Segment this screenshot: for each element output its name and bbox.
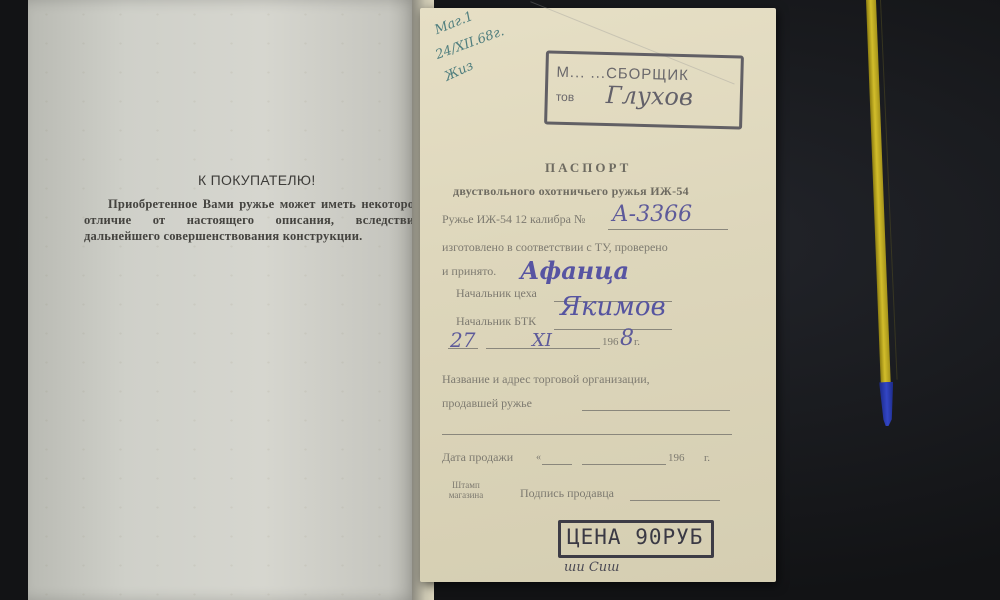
date-month: XI [532, 330, 552, 351]
sale-date-label: Дата продажи [442, 450, 513, 465]
sale-date-quote: « [536, 452, 541, 463]
passport-subtitle: двуствольного охотничьего ружья ИЖ-54 [453, 184, 689, 199]
stamp-text-line2: тов [556, 90, 575, 104]
gun-line-label: Ружье ИЖ-54 12 калибра № [442, 212, 585, 227]
manufactured-line1: изготовлено в соответствии с ТУ, провере… [442, 240, 668, 255]
sale-date-unit: г. [704, 452, 710, 464]
serial-underline [608, 229, 728, 230]
right-page-passport: Маг.1 24/XII.68г. Жиз М... ...СБОРЩИК то… [420, 8, 776, 582]
org-label-line1: Название и адрес торговой организации, [442, 372, 650, 387]
date-year-suffix: 8 [620, 326, 634, 351]
price-stamp-text: ЦЕНА 90РУБ [567, 525, 703, 549]
sale-month-field [582, 464, 666, 465]
workshop-chief-signature: Афанца [520, 256, 629, 285]
seller-signature-label: Подпись продавца [520, 486, 614, 501]
btk-chief-signature: Якимов [560, 292, 666, 322]
paper-texture [28, 0, 420, 600]
seller-signature-field [630, 500, 720, 501]
passport-title: ПАСПОРТ [545, 160, 631, 176]
left-page: К ПОКУПАТЕЛЮ! Приобретенное Вами ружье м… [28, 0, 420, 600]
org-name-field [582, 410, 730, 411]
btk-signature-line [554, 329, 672, 330]
notice-title: К ПОКУПАТЕЛЮ! [198, 172, 316, 188]
stamp-handwritten-name: Глухов [605, 81, 693, 111]
btk-chief-label: Начальник БТК [456, 314, 536, 329]
shop-stamp-label: Штамп магазина [444, 480, 488, 500]
date-year-prefix: 196 [602, 336, 619, 348]
date-year-unit: г. [634, 336, 640, 348]
date-day-line [448, 348, 478, 349]
price-stamp: ЦЕНА 90РУБ [558, 520, 714, 558]
notice-body: Приобретенное Вами ружье может иметь нек… [84, 196, 420, 244]
org-address-field [442, 434, 732, 435]
workshop-chief-label: Начальник цеха [456, 286, 537, 301]
handwritten-note-line3: Жиз [442, 58, 476, 84]
org-label-line2: продавшей ружье [442, 396, 532, 411]
handwritten-note-line1: Маг.1 [433, 9, 476, 38]
shop-stamp-label-line1: Штамп [444, 480, 488, 490]
sale-date-year: 196 [668, 452, 685, 464]
shop-stamp-label-line2: магазина [444, 490, 488, 500]
assembler-stamp: М... ...СБОРЩИК тов Глухов [544, 50, 744, 129]
sale-day-field [542, 464, 572, 465]
serial-number: А-3366 [612, 202, 692, 227]
manufactured-line2: и принято. [442, 264, 496, 279]
bottom-handwriting: ши Сиш [564, 560, 619, 575]
